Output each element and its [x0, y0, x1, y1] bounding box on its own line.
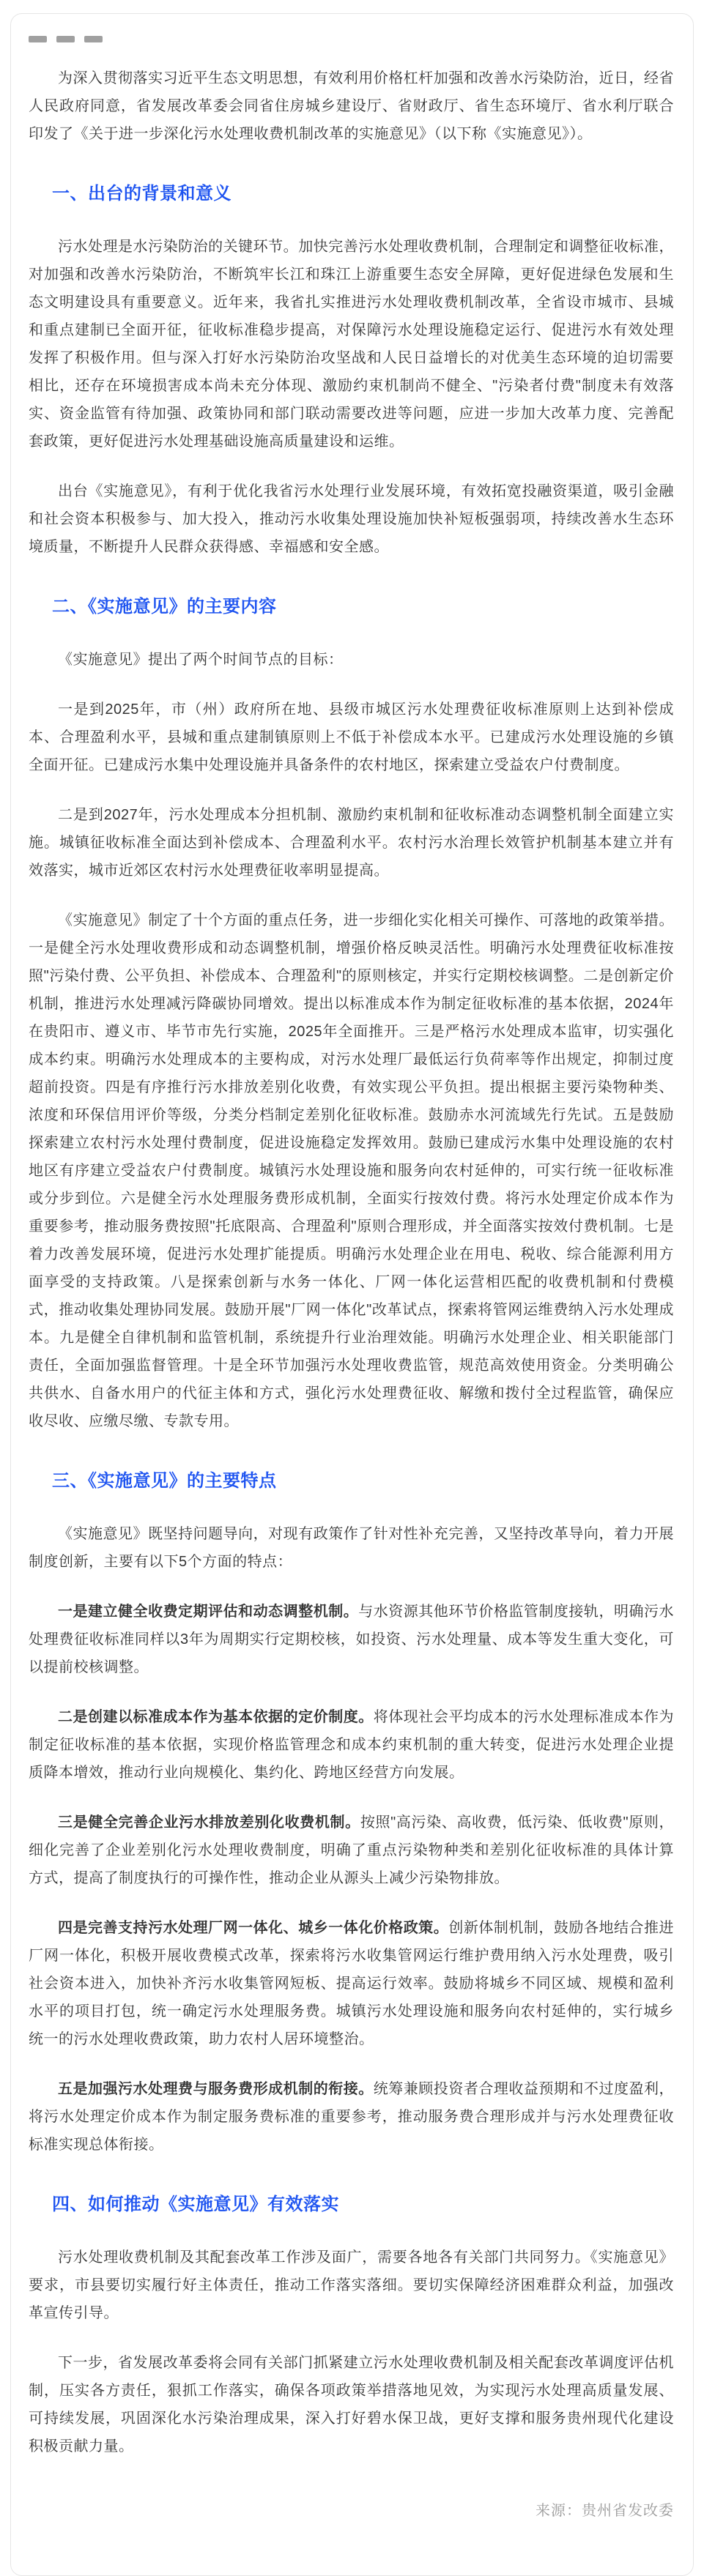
paragraph-lead: 五是加强污水处理费与服务费形成机制的衔接。 [58, 2081, 374, 2097]
paragraph: 二是创建以标准成本作为基本依据的定价制度。将体现社会平均成本的污水处理标准成本作… [29, 1703, 674, 1787]
paragraph-lead: 一是建立健全收费定期评估和动态调整机制。 [58, 1604, 358, 1620]
paragraph: 《实施意见》制定了十个方面的重点任务，进一步细化实化相关可操作、可落地的政策举措… [29, 907, 674, 1435]
paragraph: 二是到2027年，污水处理成本分担机制、激励约束机制和征收标准动态调整机制全面建… [29, 801, 674, 885]
section-heading: 三、《实施意见》的主要特点 [29, 1469, 674, 1494]
paragraph: 出台《实施意见》，有利于优化我省污水处理行业发展环境，有效拓宽投融资渠道，吸引金… [29, 477, 674, 561]
paragraph: 为深入贯彻落实习近平生态文明思想，有效利用价格杠杆加强和改善水污染防治，近日，经… [29, 64, 674, 148]
paragraph: 《实施意见》提出了两个时间节点的目标： [29, 646, 674, 674]
dash-icon [56, 36, 75, 42]
paragraph: 一是到2025年，市（州）政府所在地、县级市城区污水处理费征收标准原则上达到补偿… [29, 696, 674, 779]
paragraph-text: 创新体制机制，鼓励各地结合推进厂网一体化，积极开展收费模式改革，探索将污水收集管… [29, 1920, 674, 2047]
paragraph: 一是建立健全收费定期评估和动态调整机制。与水资源其他环节价格监管制度接轨，明确污… [29, 1598, 674, 1681]
article-card: 为深入贯彻落实习近平生态文明思想，有效利用价格杠杆加强和改善水污染防治，近日，经… [10, 13, 694, 2483]
paragraph: 五是加强污水处理费与服务费形成机制的衔接。统筹兼顾投资者合理收益预期和不过度盈利… [29, 2075, 674, 2159]
paragraph: 三是健全完善企业污水排放差别化收费机制。按照"高污染、高收费，低污染、低收费"原… [29, 1809, 674, 1892]
section-heading: 二、《实施意见》的主要内容 [29, 595, 674, 619]
paragraph: 四是完善支持污水处理厂网一体化、城乡一体化价格政策。创新体制机制，鼓励各地结合推… [29, 1914, 674, 2053]
paragraph-lead: 四是完善支持污水处理厂网一体化、城乡一体化价格政策。 [58, 1920, 448, 1936]
paragraph-lead: 三是健全完善企业污水排放差别化收费机制。 [58, 1814, 360, 1831]
paragraph-lead: 二是创建以标准成本作为基本依据的定价制度。 [58, 1709, 374, 1725]
paragraph: 污水处理收费机制及其配套改革工作涉及面广，需要各地各有关部门共同努力。《实施意见… [29, 2244, 674, 2327]
dash-icon [29, 36, 47, 42]
section-heading: 四、如何推动《实施意见》有效落实 [29, 2192, 674, 2217]
paragraph: 下一步，省发展改革委将会同有关部门抓紧建立污水处理收费机制及相关配套改革调度评估… [29, 2349, 674, 2460]
dash-icon [84, 36, 103, 42]
paragraph: 污水处理是水污染防治的关键环节。加快完善污水处理收费机制，合理制定和调整征收标准… [29, 233, 674, 455]
article-body: 为深入贯彻落实习近平生态文明思想，有效利用价格杠杆加强和改善水污染防治，近日，经… [29, 64, 674, 2460]
collapsed-menu-dashes [29, 36, 674, 42]
paragraph: 《实施意见》既坚持问题导向，对现有政策作了针对性补充完善，又坚持改革导向，着力开… [29, 1520, 674, 1576]
section-heading: 一、出台的背景和意义 [29, 182, 674, 206]
